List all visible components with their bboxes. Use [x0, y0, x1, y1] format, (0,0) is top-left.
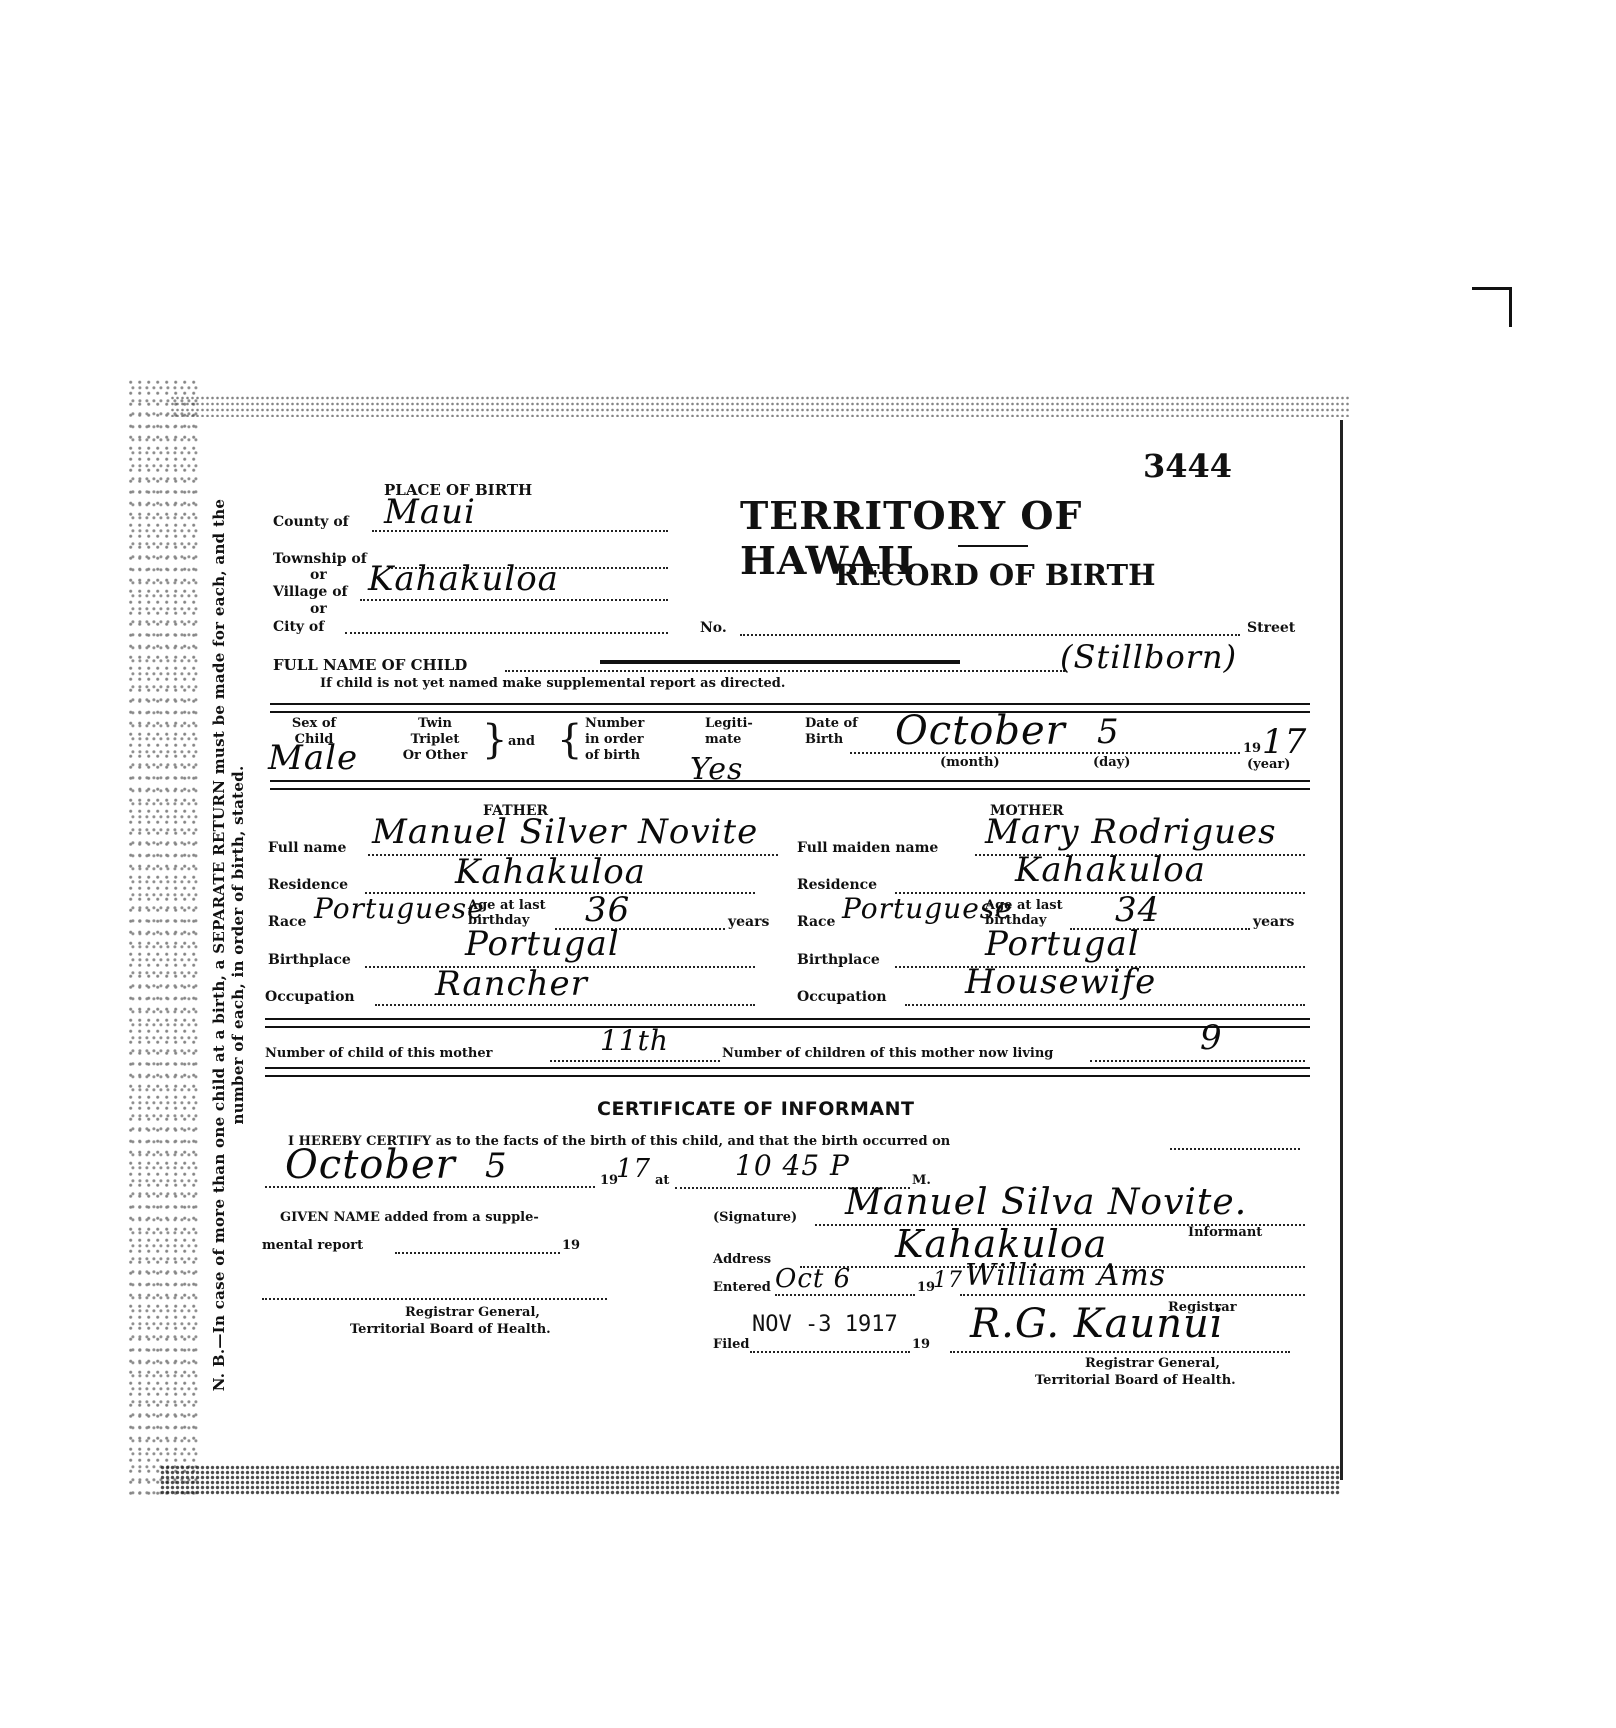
- mother-age-label-1: Age at last: [985, 898, 1063, 913]
- filed-date-stamp: NOV -3 1917: [752, 1312, 898, 1337]
- twin-label-2: Triplet: [390, 732, 480, 748]
- year-caption: (year): [1247, 757, 1290, 772]
- mother-years-label: years: [1253, 914, 1294, 930]
- father-birthplace-value: Portugal: [465, 924, 620, 964]
- legitimate-label-2: mate: [705, 732, 753, 748]
- form-right-border: [1340, 420, 1343, 1480]
- and-label: and: [508, 734, 535, 749]
- side-note: N. B.—In case of more than one child at …: [210, 440, 270, 1450]
- month-caption: (month): [940, 755, 1000, 770]
- entered-year-value: 17: [933, 1268, 963, 1293]
- father-occupation-label: Occupation: [265, 989, 355, 1005]
- city-label: City of: [273, 619, 324, 635]
- child-number-value: 11th: [600, 1024, 669, 1057]
- mother-name-label: Full maiden name: [797, 840, 938, 856]
- legitimate-label-1: Legiti-: [705, 716, 753, 732]
- father-occupation-field[interactable]: Rancher: [375, 990, 755, 1006]
- brace-close-icon: }: [482, 716, 507, 764]
- number-label-2: in order: [585, 732, 644, 748]
- section-divider-1: [270, 703, 1310, 713]
- living-children-value: 9: [1200, 1018, 1223, 1058]
- village-label: Village of: [273, 584, 348, 600]
- father-residence-value: Kahakuloa: [455, 852, 646, 892]
- living-children-field[interactable]: 9: [1090, 1048, 1305, 1062]
- title-underline: [958, 545, 1028, 547]
- section-divider-2: [270, 780, 1310, 790]
- given-name-field[interactable]: [395, 1240, 560, 1254]
- given-name-registrar-line[interactable]: [262, 1292, 607, 1300]
- torn-bottom-edge: [160, 1465, 1340, 1495]
- at-label: at: [655, 1173, 669, 1188]
- county-field[interactable]: Maui: [372, 500, 668, 532]
- twin-label: Twin Triplet Or Other: [390, 716, 480, 764]
- address-label: Address: [713, 1252, 771, 1267]
- legitimate-label: Legiti- mate: [705, 716, 753, 748]
- certificate-year-value: 17: [616, 1154, 651, 1184]
- township-label: Township of: [273, 551, 367, 567]
- registrar-general-signature-field[interactable]: R.G. Kaunui: [950, 1339, 1290, 1353]
- side-note-line2: number of each, in order of birth, state…: [229, 440, 248, 1450]
- torn-left-edge: [128, 380, 198, 1500]
- certificate-month-value: October: [285, 1142, 456, 1188]
- twin-label-3: Or Other: [390, 748, 480, 764]
- child-number-field[interactable]: 11th: [550, 1048, 720, 1062]
- number-label-1: Number: [585, 716, 644, 732]
- entered-value: Oct 6: [775, 1264, 851, 1294]
- mother-race-label: Race: [797, 914, 835, 930]
- side-note-line1: N. B.—In case of more than one child at …: [210, 440, 229, 1450]
- registrar-general-label: Registrar General,: [1085, 1356, 1220, 1371]
- county-label: County of: [273, 514, 349, 530]
- father-years-label: years: [728, 914, 769, 930]
- day-caption: (day): [1093, 755, 1130, 770]
- father-race-label: Race: [268, 914, 306, 930]
- registrar-general-signature: R.G. Kaunui: [970, 1301, 1224, 1347]
- signature-label: (Signature): [713, 1210, 797, 1225]
- registrar-signature: William Ams: [965, 1258, 1166, 1293]
- scan-corner-mark: [1472, 287, 1512, 327]
- certificate-date-field-tail[interactable]: [1170, 1136, 1300, 1150]
- board-label: Territorial Board of Health.: [1035, 1373, 1236, 1388]
- mother-residence-value: Kahakuloa: [1015, 850, 1206, 890]
- mother-birthplace-label: Birthplace: [797, 952, 880, 968]
- mother-name-value: Mary Rodrigues: [985, 812, 1277, 852]
- birth-month-value: October: [895, 708, 1066, 754]
- entered-field[interactable]: Oct 6: [775, 1282, 915, 1296]
- given-name-board-label: Territorial Board of Health.: [350, 1322, 551, 1337]
- street-number-field[interactable]: [740, 620, 1240, 636]
- mother-occupation-value: Housewife: [965, 962, 1156, 1002]
- child-name-label: FULL NAME OF CHILD: [273, 656, 467, 674]
- child-number-label: Number of child of this mother: [265, 1046, 493, 1061]
- father-race-value: Portuguese: [314, 892, 485, 925]
- birth-year-prefix: 19: [1243, 741, 1261, 756]
- father-residence-label: Residence: [268, 877, 348, 893]
- supplemental-note: If child is not yet named make supplemen…: [320, 676, 785, 691]
- living-children-label: Number of children of this mother now li…: [722, 1046, 1053, 1061]
- given-name-year-prefix: 19: [562, 1238, 580, 1253]
- city-field[interactable]: [345, 618, 668, 634]
- mother-birthplace-value: Portugal: [985, 924, 1140, 964]
- or-label-1: or: [310, 567, 327, 583]
- mother-occupation-field[interactable]: Housewife: [905, 990, 1305, 1006]
- certificate-date-field[interactable]: October 5: [265, 1174, 595, 1188]
- county-value: Maui: [384, 492, 476, 532]
- birth-year-value: 17: [1262, 722, 1307, 762]
- father-name-label: Full name: [268, 840, 346, 856]
- given-name-label-1: GIVEN NAME added from a supple-: [280, 1210, 539, 1225]
- filed-field[interactable]: [750, 1339, 910, 1353]
- number-in-order-label: Number in order of birth: [585, 716, 644, 764]
- section-divider-4: [265, 1067, 1310, 1077]
- child-name-strike: [600, 660, 960, 664]
- birth-day-value: 5: [1097, 712, 1120, 752]
- father-birthplace-label: Birthplace: [268, 952, 351, 968]
- father-age-label-1: Age at last: [468, 898, 546, 913]
- street-label: Street: [1247, 620, 1295, 636]
- twin-label-1: Twin: [390, 716, 480, 732]
- sex-value: Male: [268, 738, 358, 778]
- brace-open-icon: {: [557, 716, 582, 764]
- informant-label: Informant: [1188, 1225, 1262, 1240]
- filed-label: Filed: [713, 1337, 749, 1352]
- number-label-3: of birth: [585, 748, 644, 764]
- father-name-value: Manuel Silver Novite: [372, 812, 758, 852]
- section-divider-3: [265, 1018, 1310, 1028]
- signature-value: Manuel Silva Novite.: [845, 1182, 1247, 1223]
- no-label: No.: [700, 620, 727, 636]
- given-name-label-2: mental report: [262, 1238, 363, 1253]
- filed-year-prefix: 19: [912, 1337, 930, 1352]
- time-value: 10 45 P: [735, 1149, 850, 1182]
- date-label-1: Date of: [805, 716, 858, 732]
- mother-residence-label: Residence: [797, 877, 877, 893]
- entered-label: Entered: [713, 1280, 771, 1295]
- village-field[interactable]: Kahakuloa: [360, 575, 668, 601]
- child-name-value: (Stillborn): [1060, 638, 1237, 676]
- certificate-heading: CERTIFICATE OF INFORMANT: [597, 1098, 914, 1120]
- given-name-registrar-label: Registrar General,: [405, 1305, 540, 1320]
- record-number: 3444: [1143, 447, 1232, 485]
- father-occupation-value: Rancher: [435, 964, 588, 1004]
- village-value: Kahakuloa: [368, 559, 559, 599]
- page-subtitle: RECORD OF BIRTH: [835, 558, 1156, 592]
- registrar-signature-field[interactable]: William Ams: [960, 1282, 1305, 1296]
- mother-occupation-label: Occupation: [797, 989, 887, 1005]
- or-label-2: or: [310, 601, 327, 617]
- torn-top-edge: [170, 395, 1350, 417]
- certificate-day-value: 5: [485, 1146, 508, 1186]
